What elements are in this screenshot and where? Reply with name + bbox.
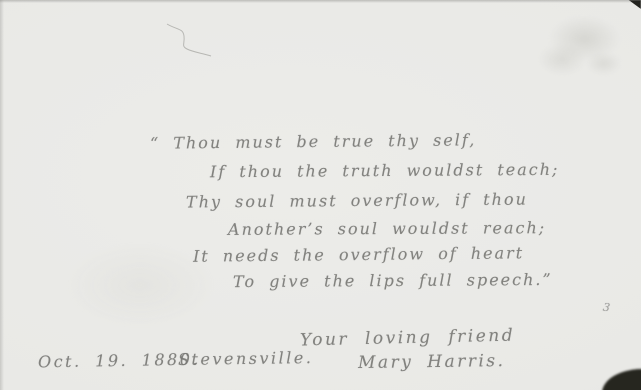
paper-stain — [523, 6, 635, 88]
scan-edge-top — [0, 0, 641, 3]
poem-line-5: It needs the overflow of heart — [193, 243, 524, 265]
closing-salutation: Your loving friend — [300, 326, 516, 351]
pencil-squiggle-mark — [163, 20, 215, 62]
poem-line-3: Thy soul must overflow, if thou — [186, 190, 528, 212]
poem-line-4: Another’s soul wouldst reach; — [228, 218, 546, 239]
poem-line-6: To give the lips full speech.” — [233, 270, 553, 291]
signature: Mary Harris. — [358, 351, 506, 373]
poem-line-2: If thou the truth wouldst teach; — [210, 160, 560, 181]
scan-edge-left — [0, 0, 4, 390]
place-name: Stevensville. — [178, 348, 314, 369]
poem-line-1: “ Thou must be true thy self, — [150, 130, 476, 152]
dark-corner-bottom-right — [602, 369, 641, 390]
margin-side-note: 3 — [602, 301, 611, 315]
album-page: “ Thou must be true thy self, If thou th… — [0, 0, 641, 390]
date: Oct. 19. 1880. — [38, 350, 200, 372]
